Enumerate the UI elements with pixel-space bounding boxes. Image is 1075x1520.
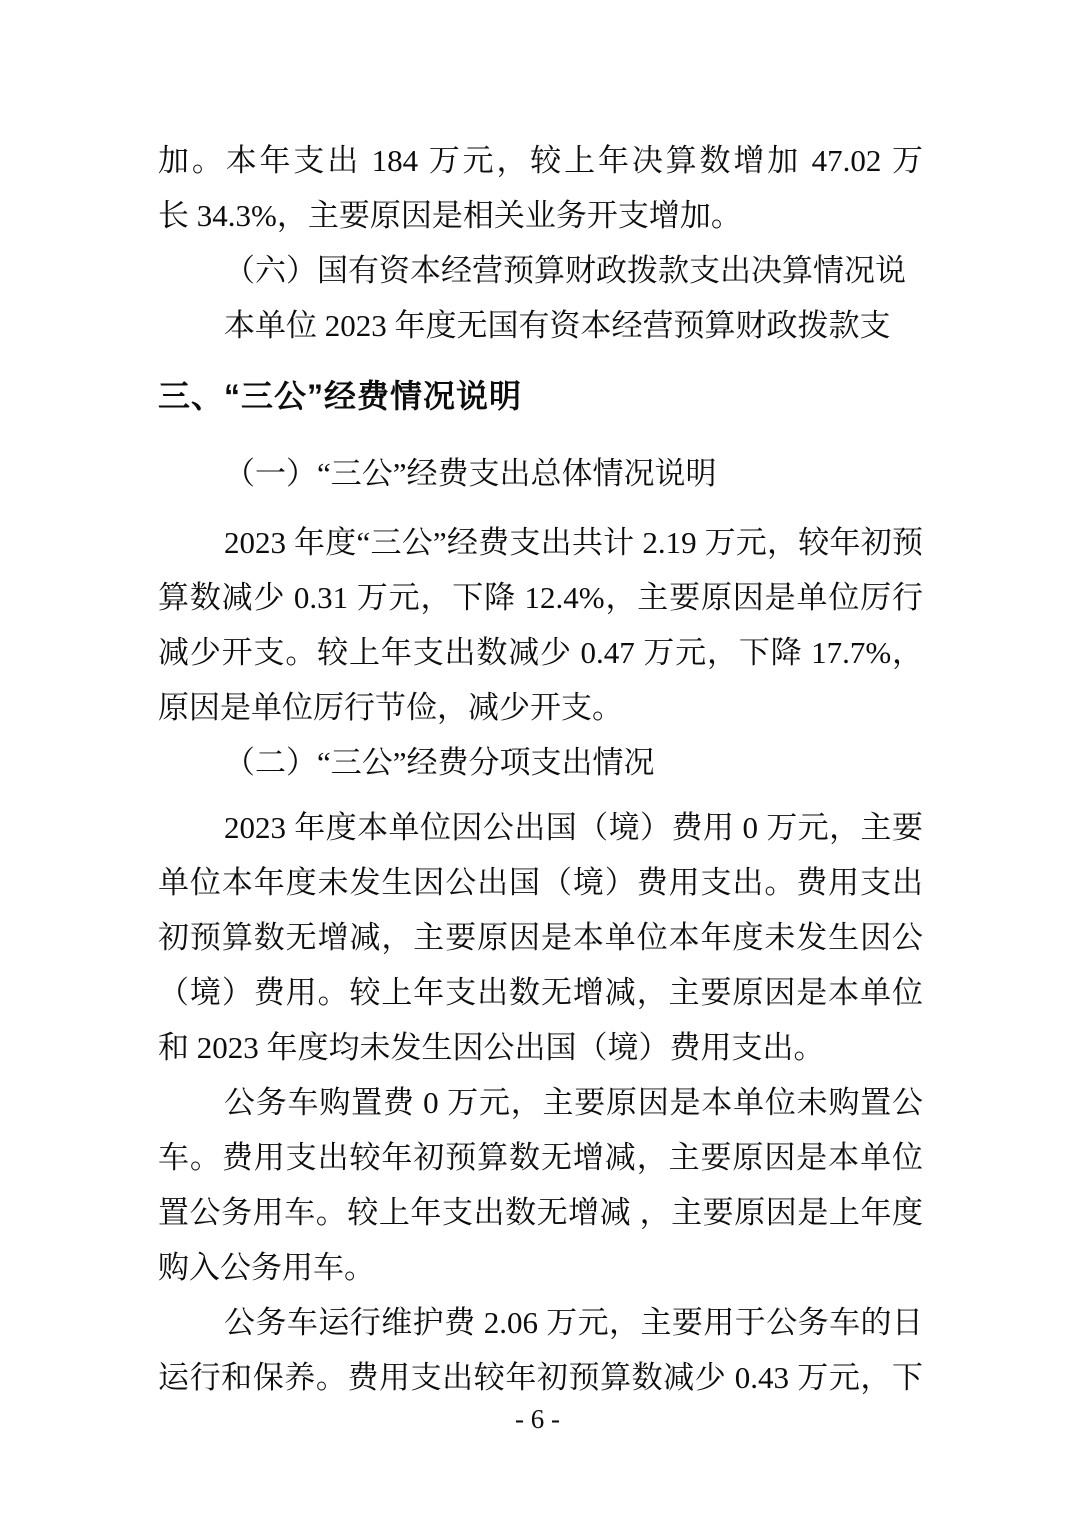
text-line: 加。本年支出 184 万元，较上年决算数增加 47.02 万元，增 bbox=[158, 133, 923, 188]
text-line: 减少开支。较上年支出数减少 0.47 万元，下降 17.7%，主要 bbox=[158, 625, 923, 680]
document-page: 加。本年支出 184 万元，较上年决算数增加 47.02 万元，增 长 34.3… bbox=[0, 0, 1075, 1520]
page-number: - 6 - bbox=[0, 1398, 1075, 1440]
text-line: 公务车运行维护费 2.06 万元，主要用于公务车的日常 bbox=[158, 1295, 923, 1350]
sub1-heading: （一）“三公”经费支出总体情况说明 bbox=[158, 446, 923, 501]
text-line: 公务车购置费 0 万元，主要原因是本单位未购置公务用 bbox=[158, 1075, 923, 1130]
chapter-heading: 三、“三公”经费情况说明 bbox=[158, 369, 923, 424]
text-line: 和 2023 年度均未发生因公出国（境）费用支出。 bbox=[158, 1020, 923, 1075]
text-line: 本单位 2023 年度无国有资本经营预算财政拨款支出。 bbox=[158, 298, 923, 353]
text-line: 购入公务用车。 bbox=[158, 1240, 923, 1295]
text-line: 车。费用支出较年初预算数无增减，主要原因是本单位未购 bbox=[158, 1130, 923, 1185]
text-line: 2023 年度本单位因公出国（境）费用 0 万元，主要是本 bbox=[158, 800, 923, 855]
text-line: 单位本年度未发生因公出国（境）费用支出。费用支出较年 bbox=[158, 855, 923, 910]
text-line: 置公务用车。较上年支出数无增减 ，主要原因是上年度未 bbox=[158, 1185, 923, 1240]
section6-heading: （六）国有资本经营预算财政拨款支出决算情况说明 bbox=[158, 243, 923, 298]
text-line: 运行和保养。费用支出较年初预算数减少 0.43 万元，下降 bbox=[158, 1350, 923, 1405]
text-line: 原因是单位厉行节俭，减少开支。 bbox=[158, 680, 923, 735]
text-line: 算数减少 0.31 万元，下降 12.4%，主要原因是单位厉行节俭， bbox=[158, 570, 923, 625]
text-line: 长 34.3%，主要原因是相关业务开支增加。 bbox=[158, 188, 923, 243]
sub2-heading: （二）“三公”经费分项支出情况 bbox=[158, 735, 923, 790]
text-line: 2023 年度“三公”经费支出共计 2.19 万元，较年初预 bbox=[158, 515, 923, 570]
text-line: 初预算数无增减，主要原因是本单位本年度未发生因公出国 bbox=[158, 910, 923, 965]
text-line: （境）费用。较上年支出数无增减，主要原因是本单位 2022 bbox=[158, 965, 923, 1020]
